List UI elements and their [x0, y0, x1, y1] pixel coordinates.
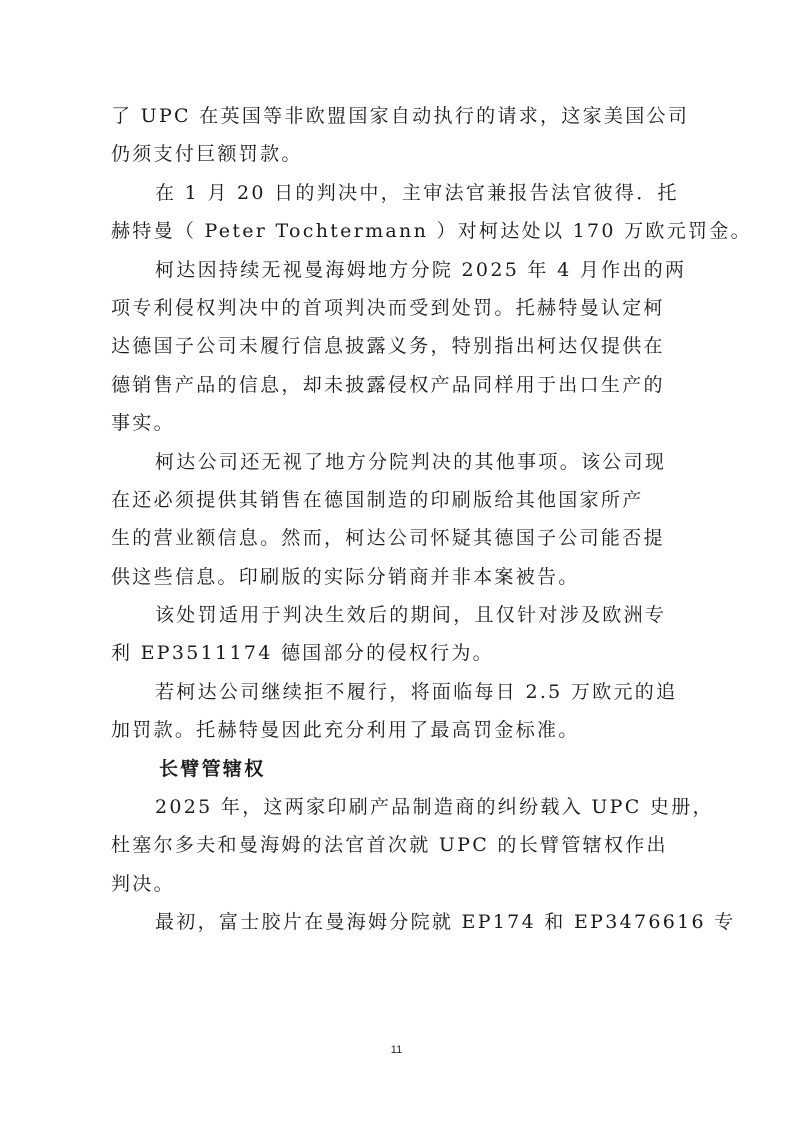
- paragraph: 2025 年，这两家印刷产品制造商的纠纷载入 UPC 史册， 杜塞尔多夫和曼海姆…: [111, 788, 683, 903]
- paragraph: 最初，富士胶片在曼海姆分院就 EP174 和 EP3476616 专: [111, 903, 683, 941]
- paragraph: 柯达公司还无视了地方分院判决的其他事项。该公司现 在还必须提供其销售在德国制造的…: [111, 443, 683, 597]
- paragraph: 该处罚适用于判决生效后的期间，且仅针对涉及欧洲专 利 EP3511174 德国部…: [111, 596, 683, 673]
- text-line: 若柯达公司继续拒不履行，将面临每日 2.5 万欧元的追: [111, 673, 683, 711]
- text-line: 在还必须提供其销售在德国制造的印刷版给其他国家所产: [111, 481, 683, 519]
- text-line: 供这些信息。印刷版的实际分销商并非本案被告。: [111, 558, 683, 596]
- text-line: 达德国子公司未履行信息披露义务，特别指出柯达仅提供在: [111, 327, 683, 365]
- text-line: 杜塞尔多夫和曼海姆的法官首次就 UPC 的长臂管辖权作出: [111, 826, 683, 864]
- text-line: 事实。: [111, 404, 683, 442]
- text-line: 德销售产品的信息，却未披露侵权产品同样用于出口生产的: [111, 366, 683, 404]
- text-line: 了 UPC 在英国等非欧盟国家自动执行的请求，这家美国公司: [111, 97, 683, 135]
- page-number: 11: [0, 1044, 793, 1056]
- text-line: 柯达公司还无视了地方分院判决的其他事项。该公司现: [111, 443, 683, 481]
- text-line: 项专利侵权判决中的首项判决而受到处罚。托赫特曼认定柯: [111, 289, 683, 327]
- text-line: 判决。: [111, 865, 683, 903]
- text-line: 柯达因持续无视曼海姆地方分院 2025 年 4 月作出的两: [111, 251, 683, 289]
- text-line: 赫特曼（ Peter Tochtermann ）对柯达处以 170 万欧元罚金。: [111, 212, 683, 250]
- text-line: 利 EP3511174 德国部分的侵权行为。: [111, 634, 683, 672]
- paragraph: 柯达因持续无视曼海姆地方分院 2025 年 4 月作出的两 项专利侵权判决中的首…: [111, 251, 683, 443]
- text-line: 在 1 月 20 日的判决中，主审法官兼报告法官彼得．托: [111, 174, 683, 212]
- text-line: 加罚款。托赫特曼因此充分利用了最高罚金标准。: [111, 711, 683, 749]
- document-page: 了 UPC 在英国等非欧盟国家自动执行的请求，这家美国公司 仍须支付巨额罚款。 …: [0, 0, 793, 1122]
- page-body: 了 UPC 在英国等非欧盟国家自动执行的请求，这家美国公司 仍须支付巨额罚款。 …: [111, 97, 683, 942]
- text-line: 仍须支付巨额罚款。: [111, 135, 683, 173]
- text-line: 2025 年，这两家印刷产品制造商的纠纷载入 UPC 史册，: [111, 788, 683, 826]
- section-heading: 长臂管辖权: [111, 750, 683, 788]
- text-line: 最初，富士胶片在曼海姆分院就 EP174 和 EP3476616 专: [111, 903, 683, 941]
- paragraph-continuation: 了 UPC 在英国等非欧盟国家自动执行的请求，这家美国公司 仍须支付巨额罚款。: [111, 97, 683, 174]
- paragraph: 若柯达公司继续拒不履行，将面临每日 2.5 万欧元的追 加罚款。托赫特曼因此充分…: [111, 673, 683, 750]
- text-line: 该处罚适用于判决生效后的期间，且仅针对涉及欧洲专: [111, 596, 683, 634]
- paragraph: 在 1 月 20 日的判决中，主审法官兼报告法官彼得．托 赫特曼（ Peter …: [111, 174, 683, 251]
- text-line: 生的营业额信息。然而，柯达公司怀疑其德国子公司能否提: [111, 519, 683, 557]
